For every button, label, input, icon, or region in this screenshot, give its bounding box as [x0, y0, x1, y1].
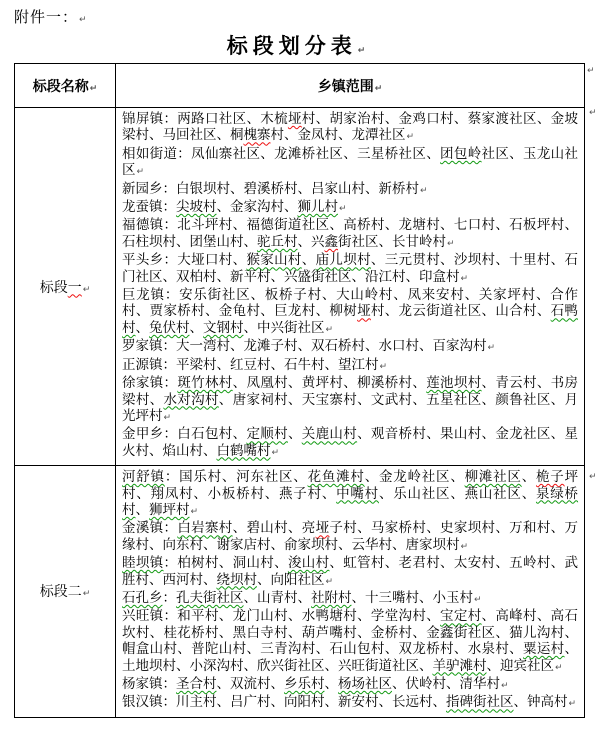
paragraph-mark: ↵: [501, 681, 509, 691]
township-paragraph: 兴旺镇：和平村、龙门山村、水鸭塘村、学堂沟村、宝定村、高峰村、高石坎村、桂花桥村…: [122, 608, 578, 676]
bid-table-body: 标段一↵锦屏镇：两路口社区、木梳垭村、胡家治村、金鸡口村、蔡家渡社区、金坡梁村、…: [15, 108, 585, 718]
township-paragraph: 杨家镇：圣合村、双流村、乡乐村、杨场社区、伏岭村、清华村↵: [122, 676, 578, 694]
row-end-mark: ↵: [589, 472, 597, 482]
paragraph-mark: ↵: [191, 507, 199, 517]
paragraph-mark: ↵: [461, 274, 469, 284]
header-bid-section-name: 标段名称↵: [15, 64, 116, 108]
row-end-mark: ↵: [587, 66, 595, 76]
paragraph-mark: ↵: [569, 699, 577, 709]
paragraph-mark: ↵: [326, 577, 334, 587]
paragraph-mark: ↵: [358, 46, 371, 56]
township-paragraph: 石孔乡：孔夫街社区、山青村、社附村、十三嘴村、小玉村↵: [122, 590, 578, 608]
bid-section-name-cell: 标段二↵: [15, 466, 116, 718]
township-paragraph: 锦屏镇：两路口社区、木梳垭村、胡家治村、金鸡口村、蔡家渡社区、金坡梁村、马回社区…: [122, 111, 578, 146]
paragraph-mark: ↵: [407, 132, 415, 142]
paragraph-mark: ↵: [380, 362, 388, 372]
bid-table-header: 标段名称↵ 乡镇范围↵: [15, 64, 585, 108]
row-end-mark: ↵: [589, 108, 597, 118]
township-paragraph: 巨龙镇：安乐街社区、板桥子村、大山岭村、凤来安村、关家坪村、合作村、贾家桥村、金…: [122, 287, 578, 338]
header-township-range-text: 乡镇范围: [318, 80, 374, 95]
page-title: 标段划分表↵: [0, 30, 597, 60]
paragraph-mark: ↵: [461, 542, 469, 552]
paragraph-mark: ↵: [272, 448, 280, 458]
paragraph-mark: ↵: [488, 343, 496, 353]
township-paragraph: 金溪镇：白岩寨村、碧山村、亮垭子村、马家桥村、史家坝村、万和村、万缘村、向东村、…: [122, 520, 578, 555]
paragraph-mark: ↵: [164, 413, 172, 423]
paragraph-mark: ↵: [447, 239, 455, 249]
township-paragraph: 河舒镇：国乐村、河东社区、花鱼滩村、金龙岭社区、柳滩社区、桅子坪村、翔凤村、小板…: [122, 469, 578, 520]
township-paragraph: 平头乡：大垭口村、猴家山村、庙儿坝村、三元贯村、沙坝村、十里村、石门社区、双柏村…: [122, 252, 578, 287]
township-paragraph: 银汉镇：川主村、吕广村、向阳村、新安村、长远村、指碑街社区、钟高村↵: [122, 694, 578, 712]
paragraph-mark: ↵: [90, 84, 98, 94]
paragraph-mark: ↵: [555, 663, 563, 673]
header-township-range: 乡镇范围↵: [116, 64, 585, 108]
township-paragraph: 睦坝镇：柏树村、洞山村、浚山村、虹管村、老君村、太安村、五岭村、武胜村、西河村、…: [122, 555, 578, 590]
paragraph-mark: ↵: [137, 167, 145, 177]
paragraph-mark: ↵: [375, 84, 383, 94]
township-paragraph: 徐家镇：斑竹林村、凤凰村、黄坪村、柳溪桥村、莲池坝村、青云村、书房梁村、水对沟村…: [122, 375, 578, 426]
page-title-text: 标段划分表: [227, 34, 357, 58]
paragraph-mark: ↵: [83, 589, 91, 599]
township-paragraph: 福德镇：北斗坪村、福德街道社区、高桥村、龙塘村、七口村、石板坪村、石柱坝村、团堡…: [122, 217, 578, 252]
table-row: 标段二↵河舒镇：国乐村、河东社区、花鱼滩村、金龙岭社区、柳滩社区、桅子坪村、翔凤…: [15, 466, 585, 718]
attachment-label: 附件一：↵: [14, 6, 88, 27]
table-row: 标段一↵锦屏镇：两路口社区、木梳垭村、胡家治村、金鸡口村、蔡家渡社区、金坡梁村、…: [15, 108, 585, 466]
township-range-cell: 锦屏镇：两路口社区、木梳垭村、胡家治村、金鸡口村、蔡家渡社区、金坡梁村、马回社区…: [116, 108, 585, 466]
township-paragraph: 金甲乡：白石包村、定顺村、关鹿山村、观音桥村、果山村、金龙社区、星火村、焰山村、…: [122, 426, 578, 461]
paragraph-mark: ↵: [474, 595, 482, 605]
header-row: 标段名称↵ 乡镇范围↵: [15, 64, 585, 108]
paragraph-mark: ↵: [420, 186, 428, 196]
bid-division-table: 标段名称↵ 乡镇范围↵ 标段一↵锦屏镇：两路口社区、木梳垭村、胡家治村、金鸡口村…: [14, 63, 585, 718]
paragraph-mark: ↵: [339, 204, 347, 214]
township-paragraph: 新园乡：白银坝村、碧溪桥村、吕家山村、新桥村↵: [122, 181, 578, 199]
township-paragraph: 罗家镇：大一湾村、龙滩子村、双石桥村、水口村、百家沟村↵: [122, 338, 578, 356]
paragraph-mark: ↵: [79, 15, 88, 25]
township-range-cell: 河舒镇：国乐村、河东社区、花鱼滩村、金龙岭社区、柳滩社区、桅子坪村、翔凤村、小板…: [116, 466, 585, 718]
township-paragraph: 龙蚕镇：尖坡村、金家沟村、狮儿村↵: [122, 199, 578, 217]
paragraph-mark: ↵: [326, 325, 334, 335]
township-paragraph: 相如街道：凤仙寨社区、龙滩桥社区、三星桥社区、团包岭社区、玉龙山社区↵: [122, 146, 578, 181]
header-bid-section-name-text: 标段名称: [33, 80, 89, 95]
paragraph-mark: ↵: [83, 285, 91, 295]
attachment-label-text: 附件一：: [14, 10, 78, 26]
bid-section-name-cell: 标段一↵: [15, 108, 116, 466]
township-paragraph: 正源镇：平梁村、红豆村、石牛村、望江村↵: [122, 357, 578, 375]
